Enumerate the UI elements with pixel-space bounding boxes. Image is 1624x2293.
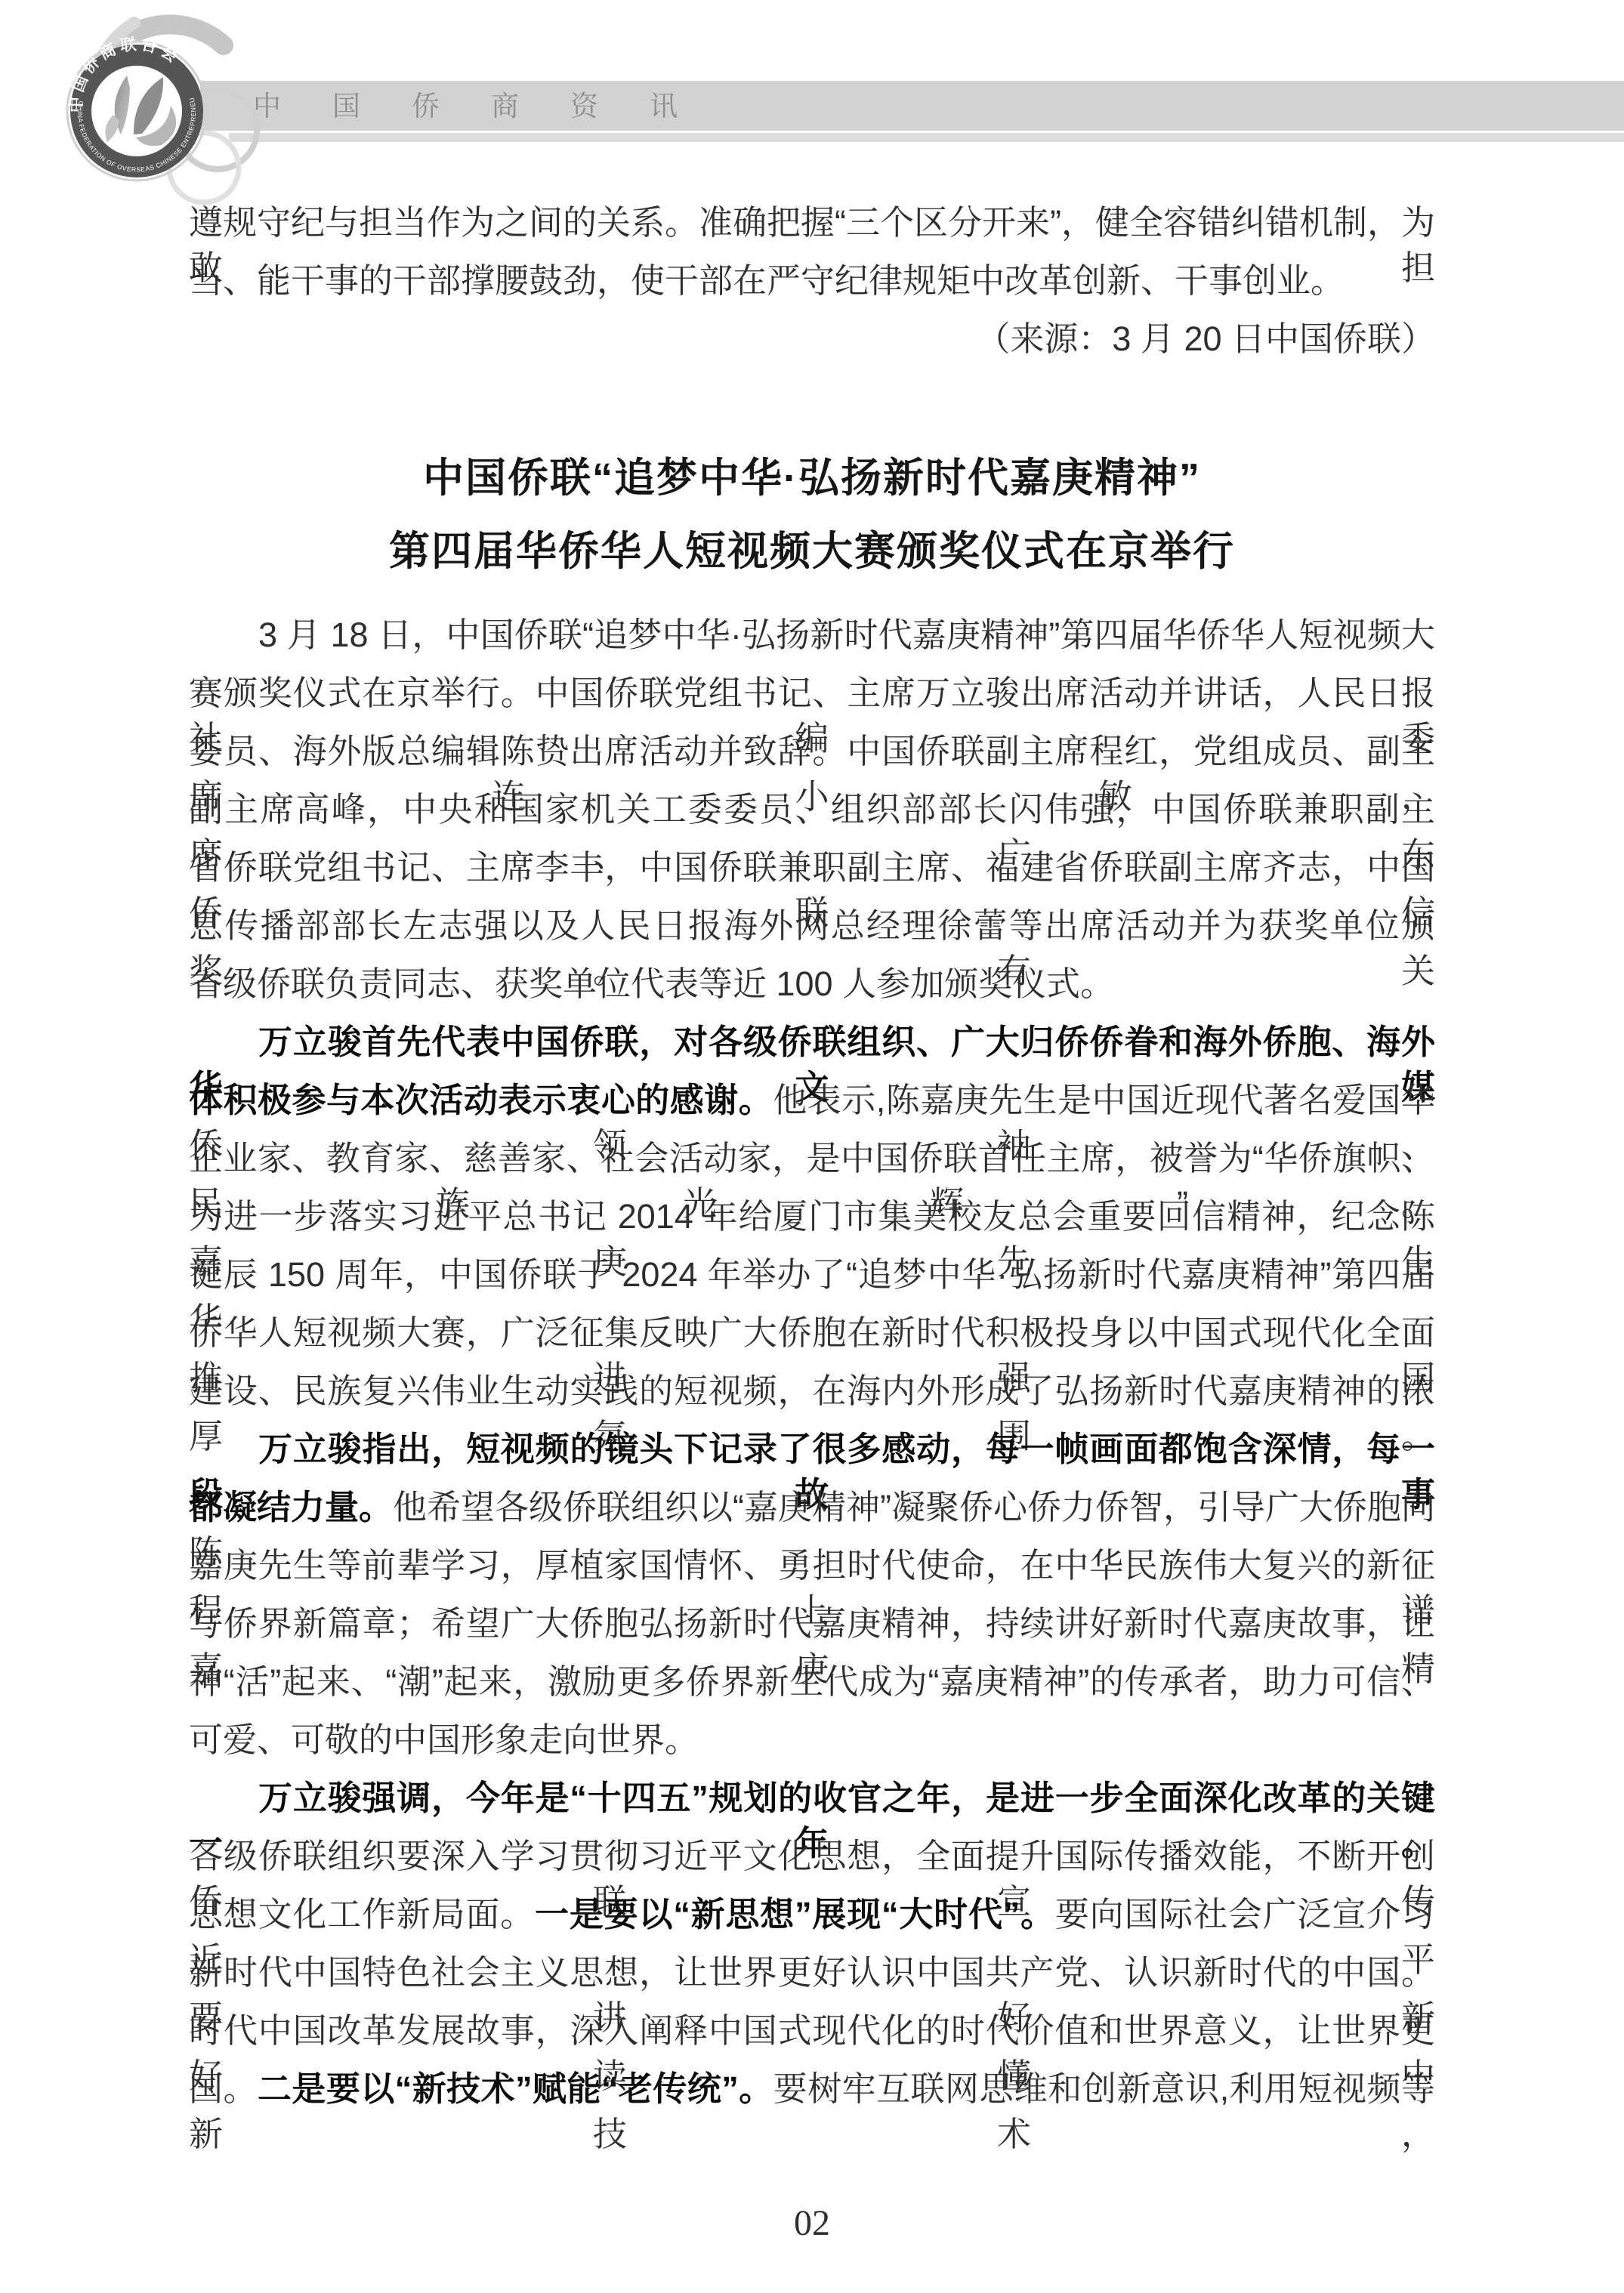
article-line: 神“活”起来、“潮”起来，激励更多侨界新生代成为“嘉庚精神”的传承者，助力可信、 xyxy=(189,1659,1435,1705)
article-line: 可爱、可敬的中国形象走向世界。 xyxy=(189,1717,1435,1763)
source-line: （来源：3 月 20 日中国侨联） xyxy=(189,316,1435,362)
article-line: 省级侨联负责同志、获奖单位代表等近 100 人参加颁奖仪式。 xyxy=(189,961,1435,1007)
article-title-line: 第四届华侨华人短视频大赛颁奖仪式在京举行 xyxy=(189,529,1435,574)
article-line: 国。二是要以“新技术”赋能“老传统”。要树牢互联网思维和创新意识,利用短视频等新… xyxy=(189,2066,1435,2157)
article-line: 3 月 18 日，中国侨联“追梦中华·弘扬新时代嘉庚精神”第四届华侨华人短视频大 xyxy=(189,613,1435,658)
article-content: 遵规守纪与担当作为之间的关系。准确把握“三个区分开来”，健全容错纠错机制，为敢担… xyxy=(189,0,1435,2293)
article-line: 当、能干事的干部撑腰鼓劲，使干部在严守纪律规矩中改革创新、干事创业。 xyxy=(189,258,1435,304)
article-title-line: 中国侨联“追梦中华·弘扬新时代嘉庚精神” xyxy=(189,455,1435,501)
document-page: 中国侨商资讯 中国侨商联合会 CHI xyxy=(0,0,1624,2293)
